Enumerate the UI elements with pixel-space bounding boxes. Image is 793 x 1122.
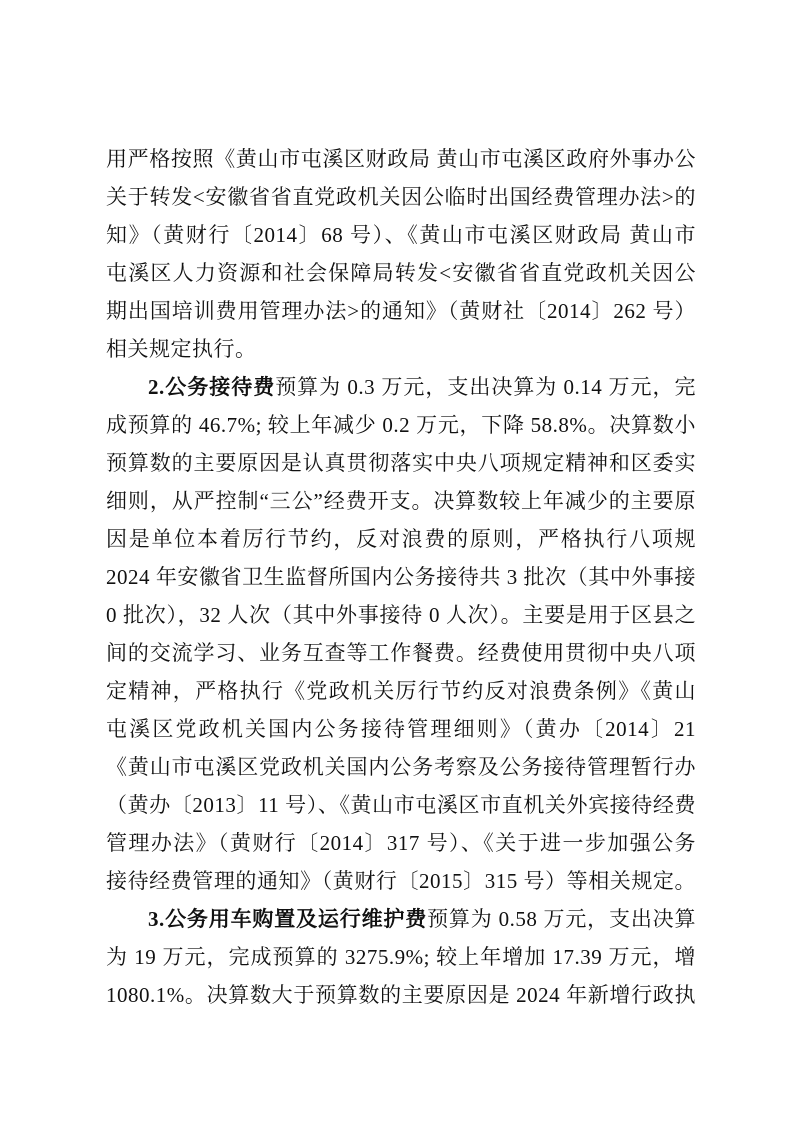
text-line: 预算数的主要原因是认真贯彻落实中央八项规定精神和区委实施 bbox=[106, 444, 696, 482]
text-line: 间的交流学习、业务互查等工作餐费。经费使用贯彻中央八项规 bbox=[106, 634, 696, 672]
text-line: 关于转发<安徽省省直党政机关因公临时出国经费管理办法>的通 bbox=[106, 178, 696, 216]
text-line: 定精神，严格执行《党政机关厉行节约反对浪费条例》《黄山市 bbox=[106, 672, 696, 710]
document-body: 用严格按照《黄山市屯溪区财政局 黄山市屯溪区政府外事办公室关于转发<安徽省省直党… bbox=[106, 140, 696, 1014]
text-line: 1080.1%。决算数大于预算数的主要原因是 2024 年新增行政执法 bbox=[106, 976, 696, 1014]
text-line: 屯溪区人力资源和社会保障局转发<安徽省省直党政机关因公短 bbox=[106, 254, 696, 292]
text-line: 为 19 万元，完成预算的 3275.9%; 较上年增加 17.39 万元，增长 bbox=[106, 938, 696, 976]
line-text: 预算为 0.58 万元，支出决算 bbox=[427, 907, 696, 931]
text-line: 3.公务用车购置及运行维护费预算为 0.58 万元，支出决算 bbox=[106, 900, 696, 938]
text-line: 《黄山市屯溪区党政机关国内公务考察及公务接待管理暂行办法》 bbox=[106, 748, 696, 786]
text-line: 期出国培训费用管理办法>的通知》（黄财社〔2014〕262 号）等 bbox=[106, 292, 696, 330]
text-line: （黄办〔2013〕11 号）、《黄山市屯溪区市直机关外宾接待经费 bbox=[106, 786, 696, 824]
text-line: 用严格按照《黄山市屯溪区财政局 黄山市屯溪区政府外事办公室 bbox=[106, 140, 696, 178]
document-page: 用严格按照《黄山市屯溪区财政局 黄山市屯溪区政府外事办公室关于转发<安徽省省直党… bbox=[0, 0, 793, 1122]
para-official-reception-expense: 2.公务接待费预算为 0.3 万元，支出决算为 0.14 万元，完成预算的 46… bbox=[106, 368, 696, 900]
text-line: 2.公务接待费预算为 0.3 万元，支出决算为 0.14 万元，完 bbox=[106, 368, 696, 406]
text-line: 知》（黄财行〔2014〕68 号）、《黄山市屯溪区财政局 黄山市 bbox=[106, 216, 696, 254]
text-line: 接待经费管理的通知》（黄财行〔2015〕315 号）等相关规定。 bbox=[106, 862, 696, 900]
text-line: 管理办法》（黄财行〔2014〕317 号）、《关于进一步加强公务 bbox=[106, 824, 696, 862]
line-text: 预算为 0.3 万元，支出决算为 0.14 万元，完 bbox=[275, 375, 696, 399]
text-line: 细则，从严控制“三公”经费开支。决算数较上年减少的主要原 bbox=[106, 482, 696, 520]
text-line: 因是单位本着厉行节约，反对浪费的原则，严格执行八项规定。 bbox=[106, 520, 696, 558]
text-line: 成预算的 46.7%; 较上年减少 0.2 万元，下降 58.8%。决算数小于 bbox=[106, 406, 696, 444]
para-overseas-travel-regulations: 用严格按照《黄山市屯溪区财政局 黄山市屯溪区政府外事办公室关于转发<安徽省省直党… bbox=[106, 140, 696, 368]
text-line: 屯溪区党政机关国内公务接待管理细则》（黄办〔2014〕21 号）、 bbox=[106, 710, 696, 748]
para-official-vehicle-expense: 3.公务用车购置及运行维护费预算为 0.58 万元，支出决算为 19 万元，完成… bbox=[106, 900, 696, 1014]
text-line: 0 批次），32 人次（其中外事接待 0 人次）。主要是用于区县之 bbox=[106, 596, 696, 634]
section-heading: 3.公务用车购置及运行维护费 bbox=[148, 907, 427, 931]
text-line: 2024 年安徽省卫生监督所国内公务接待共 3 批次（其中外事接待 bbox=[106, 558, 696, 596]
text-line: 相关规定执行。 bbox=[106, 330, 696, 368]
section-heading: 2.公务接待费 bbox=[148, 375, 275, 399]
